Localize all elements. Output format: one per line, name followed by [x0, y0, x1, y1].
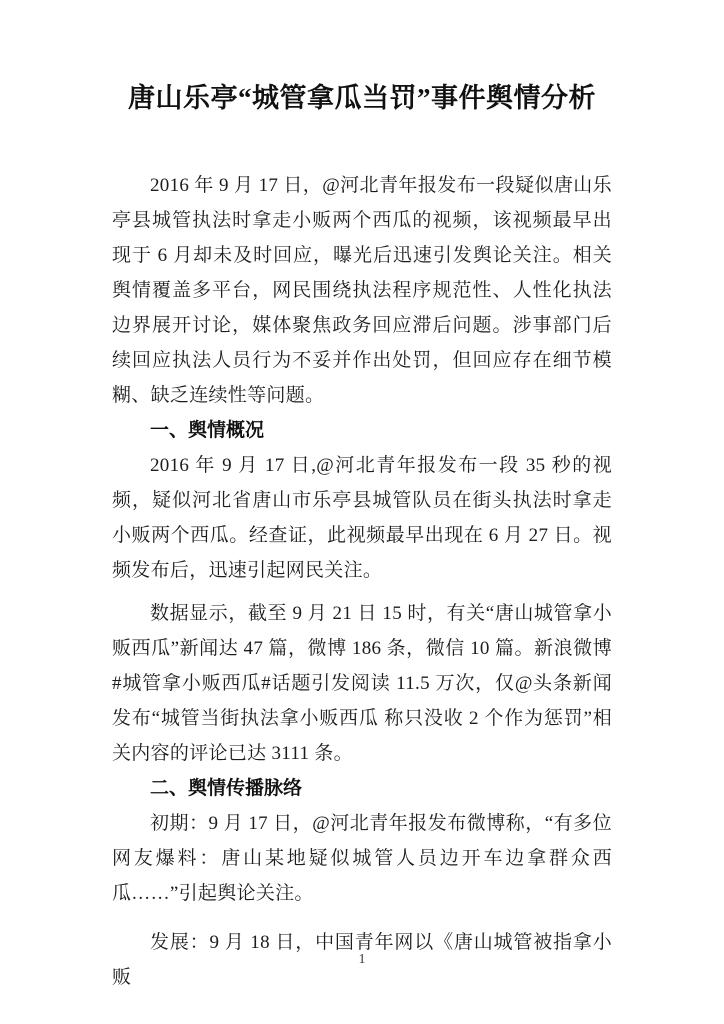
page-number: 1	[0, 952, 724, 968]
section-2-heading: 二、舆情传播脉络	[112, 771, 612, 806]
section-1-paragraph-1: 2016 年 9 月 17 日,@河北青年报发布一段 35 秒的视频，疑似河北省…	[112, 448, 612, 588]
document-page: 唐山乐亭“城管拿瓜当罚”事件舆情分析 2016 年 9 月 17 日，@河北青年…	[0, 0, 724, 1024]
intro-paragraph: 2016 年 9 月 17 日，@河北青年报发布一段疑似唐山乐亭县城管执法时拿走…	[112, 168, 612, 413]
section-2-paragraph-1: 初期：9 月 17 日，@河北青年报发布微博称，“有多位网友爆料：唐山某地疑似城…	[112, 806, 612, 911]
section-1-paragraph-2: 数据显示，截至 9 月 21 日 15 时，有关“唐山城管拿小贩西瓜”新闻达 4…	[112, 596, 612, 771]
document-body: 唐山乐亭“城管拿瓜当罚”事件舆情分析 2016 年 9 月 17 日，@河北青年…	[0, 0, 724, 995]
section-1-heading: 一、舆情概况	[112, 413, 612, 448]
document-title: 唐山乐亭“城管拿瓜当罚”事件舆情分析	[112, 80, 612, 116]
